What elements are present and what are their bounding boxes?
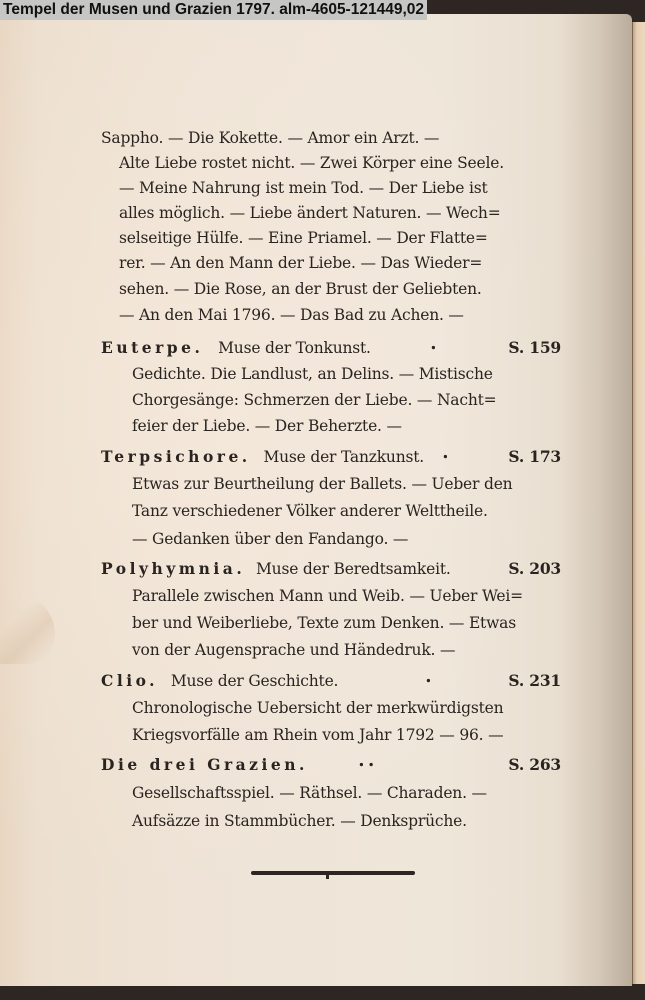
toc-line: Gedichte. Die Landlust, an Delins. — Mis…	[132, 362, 562, 386]
section-subtitle: Muse der Tonkunst.	[218, 339, 371, 357]
dot-leader: ꞏ	[431, 336, 436, 360]
section-name: Die drei Grazien.	[101, 755, 308, 774]
toc-line: feier der Liebe. — Der Beherzte. —	[132, 414, 562, 438]
section-subtitle: Muse der Beredtsamkeit.	[256, 560, 451, 578]
toc-line: Chronologische Uebersicht der merkwürdig…	[132, 696, 562, 720]
muse-name: Euterpe.	[101, 338, 203, 357]
page-reference: S. 231	[508, 669, 561, 693]
toc-line: selseitige Hülfe. — Eine Priamel. — Der …	[119, 226, 562, 250]
image-caption: Tempel der Musen und Grazien 1797. alm-4…	[0, 0, 427, 20]
toc-line: — Meine Nahrung ist mein Tod. — Der Lieb…	[119, 176, 562, 200]
toc-line: — Gedanken über den Fandango. —	[132, 527, 562, 551]
toc-section-heading: Die drei Grazien. ꞏ ꞏ S. 263	[101, 753, 561, 777]
toc-section-heading: Polyhymnia. Muse der Beredtsamkeit. S. 2…	[101, 557, 561, 581]
scanned-page-view: Tempel der Musen und Grazien 1797. alm-4…	[0, 0, 645, 1000]
toc-line: rer. — An den Mann der Liebe. — Das Wied…	[119, 251, 562, 275]
page-reference: S. 159	[508, 336, 561, 360]
page-reference: S. 173	[508, 445, 561, 469]
toc-line: sehen. — Die Rose, an der Brust der Geli…	[119, 277, 562, 301]
page-reference: S. 203	[508, 557, 561, 581]
page-gutter-shadow	[560, 14, 632, 986]
toc-line: Gesellschaftsspiel. — Räthsel. — Charade…	[132, 781, 562, 805]
toc-line: Alte Liebe rostet nicht. — Zwei Körper e…	[119, 151, 562, 175]
muse-name: Clio.	[101, 671, 158, 690]
toc-section-heading: Euterpe. Muse der Tonkunst. ꞏ S. 159	[101, 336, 561, 360]
toc-line: Kriegsvorfälle am Rhein vom Jahr 1792 — …	[132, 723, 562, 747]
toc-line: alles möglich. — Liebe ändert Naturen. —…	[119, 201, 562, 225]
section-subtitle: Muse der Geschichte.	[171, 672, 338, 690]
dot-leader: ꞏ	[426, 669, 431, 693]
toc-line: Etwas zur Beurtheilung der Ballets. — Ue…	[132, 472, 562, 496]
page-fold-crease	[0, 594, 55, 664]
toc-line: Sappho. — Die Kokette. — Amor ein Arzt. …	[101, 126, 561, 150]
toc-line: Chorgesänge: Schmerzen der Liebe. — Nach…	[132, 388, 562, 412]
dot-leader: ꞏ ꞏ	[359, 753, 373, 777]
toc-line: — An den Mai 1796. — Das Bad zu Achen. —	[119, 303, 562, 327]
toc-line: Tanz verschiedener Völker anderer Weltth…	[132, 499, 562, 523]
closing-rule-ornament	[251, 871, 415, 875]
toc-section-heading: Clio. Muse der Geschichte. ꞏ S. 231	[101, 669, 561, 693]
muse-name: Polyhymnia.	[101, 559, 245, 578]
section-subtitle: Muse der Tanzkunst.	[263, 448, 424, 466]
dot-leader: ꞏ	[443, 445, 448, 469]
toc-line: Aufsäzze in Stammbücher. — Denksprüche.	[132, 809, 562, 833]
muse-name: Terpsichore.	[101, 447, 251, 466]
toc-section-heading: Terpsichore. Muse der Tanzkunst. ꞏ S. 17…	[101, 445, 561, 469]
page-reference: S. 263	[508, 753, 561, 777]
toc-line: Parallele zwischen Mann und Weib. — Uebe…	[132, 584, 562, 608]
toc-line: ber und Weiberliebe, Texte zum Denken. —…	[132, 611, 562, 635]
adjacent-page-edge	[632, 22, 645, 984]
toc-line: von der Augensprache und Händedruk. —	[132, 638, 562, 662]
